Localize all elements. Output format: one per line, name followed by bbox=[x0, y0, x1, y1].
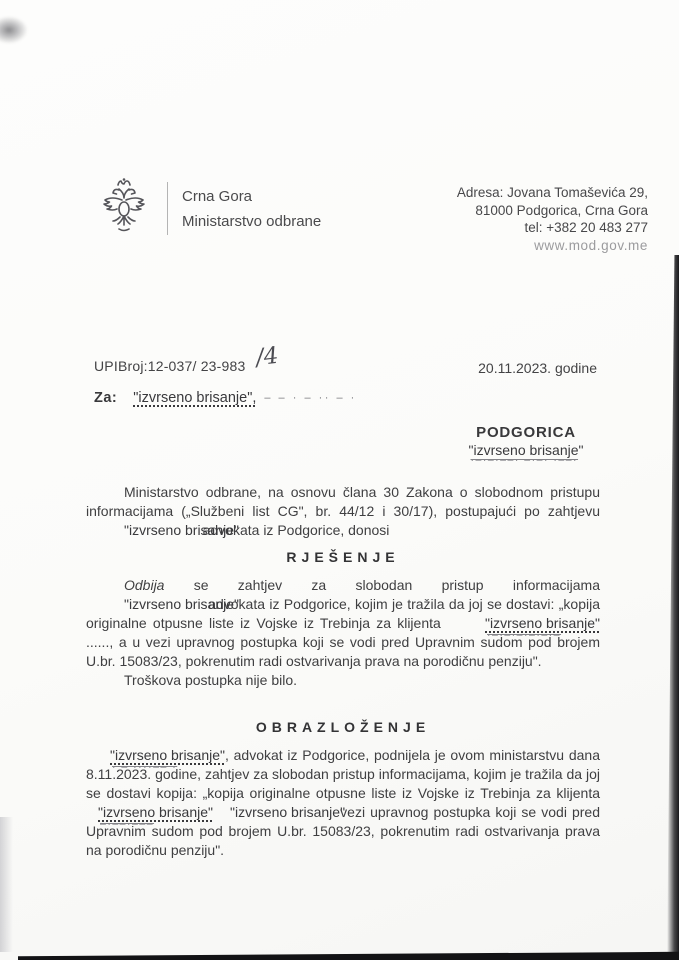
address-block: Adresa: Jovana Tomaševića 29, 81000 Podg… bbox=[310, 184, 648, 254]
body-text-italic: Odbija bbox=[124, 577, 164, 593]
redaction-stamp-text: "izvrseno brisanje" bbox=[230, 804, 345, 820]
recipient-line: Za:"izvrseno brisanje",– – · – ·· – · bbox=[94, 390, 357, 406]
redaction-stamp: · – ····–– ·"izvrseno brisanje" bbox=[98, 746, 225, 765]
redaction-stamp: "izvrseno brisanje", bbox=[133, 390, 256, 406]
redaction-stamp: ·–·–·––· –·–· ·––·"izvrseno brisanje" bbox=[469, 442, 584, 458]
redaction-stamp-text: "izvrseno brisanje" bbox=[98, 804, 213, 820]
paragraph-decision: Odbija se zahtjev za slobodan pristup in… bbox=[86, 576, 600, 671]
city-block: PODGORICA ·–·–·––· –·–· ·––·"izvrseno br… bbox=[420, 424, 632, 458]
redaction-stamp: "izvrseno brisanje" bbox=[86, 521, 239, 540]
redacted-text-remnant: – – · – ·· – · bbox=[264, 392, 356, 404]
scan-corner-smudge bbox=[0, 16, 28, 44]
scan-right-edge-shadow bbox=[667, 255, 679, 960]
document-body: Ministarstvo odbrane, na osnovu člana 30… bbox=[86, 483, 600, 860]
document-date: 20.11.2023. godine bbox=[478, 360, 597, 376]
redaction-stamp-text: "izvrseno brisanje" bbox=[124, 596, 239, 612]
handwritten-mark: /4 bbox=[254, 343, 279, 372]
reference-row: UPIBroj:12-037/ 23-983 /4 20.11.2023. go… bbox=[94, 352, 597, 386]
redaction-stamp: –·––·–––"izvrseno brisanje" bbox=[86, 803, 213, 822]
redaction-stamp-text: "izvrseno brisanje" bbox=[110, 747, 225, 763]
redaction-stamp: "izvrseno brisanje" bbox=[218, 803, 345, 822]
scan-left-edge-streak bbox=[0, 817, 13, 952]
section-heading-obrazlozenje: OBRAZLOŽENJE bbox=[86, 718, 600, 737]
body-text: Ministarstvo odbrane, na osnovu člana 30… bbox=[86, 484, 600, 519]
redaction-stamp-text: "izvrseno brisanje" bbox=[124, 522, 239, 538]
address-line: Adresa: Jovana Tomaševića 29, bbox=[310, 184, 648, 202]
costs-line: Troškova postupka nije bilo. bbox=[86, 671, 600, 690]
section-heading-rjesenje: RJEŠENJE bbox=[86, 548, 600, 567]
letterhead-divider bbox=[167, 182, 168, 235]
coat-of-arms-icon bbox=[94, 176, 154, 245]
organization-name: Crna Gora Ministarstvo odbrane bbox=[182, 184, 321, 234]
address-line: tel: +382 20 483 277 bbox=[310, 219, 648, 237]
recipient-label: Za: bbox=[94, 390, 117, 406]
org-ministry: Ministarstvo odbrane bbox=[182, 209, 321, 234]
upi-number: UPIBroj:12-037/ 23-983 bbox=[94, 358, 246, 374]
paragraph-explanation: · – ····–– ·"izvrseno brisanje", advokat… bbox=[86, 746, 600, 860]
org-country: Crna Gora bbox=[182, 184, 321, 209]
website-url: www.mod.gov.me bbox=[310, 237, 648, 255]
redaction-stamp-text: "izvrseno brisanje", bbox=[133, 390, 256, 406]
redaction-stamp: "izvrseno brisanje" bbox=[86, 595, 239, 614]
redaction-stamp-text: "izvrseno brisanje" bbox=[485, 615, 600, 631]
paragraph-intro: Ministarstvo odbrane, na osnovu člana 30… bbox=[86, 483, 600, 540]
city-redaction-line: ·–·–·––· –·–· ·––·"izvrseno brisanje" bbox=[420, 442, 632, 458]
redaction-stamp-text: "izvrseno brisanje" bbox=[469, 442, 584, 458]
address-line: 81000 Podgorica, Crna Gora bbox=[310, 202, 648, 220]
scan-bottom-edge-shadow bbox=[18, 950, 679, 960]
body-text: ......, a u vezi upravnog postupka koji … bbox=[86, 634, 600, 669]
redaction-stamp: ·–·–·–·–·–·–"izvrseno brisanje" bbox=[447, 614, 600, 633]
scanned-document-page: Crna Gora Ministarstvo odbrane Adresa: J… bbox=[0, 0, 679, 960]
city-name: PODGORICA bbox=[420, 424, 632, 441]
body-text: se zahtjev za slobodan pristup informaci… bbox=[164, 577, 600, 593]
